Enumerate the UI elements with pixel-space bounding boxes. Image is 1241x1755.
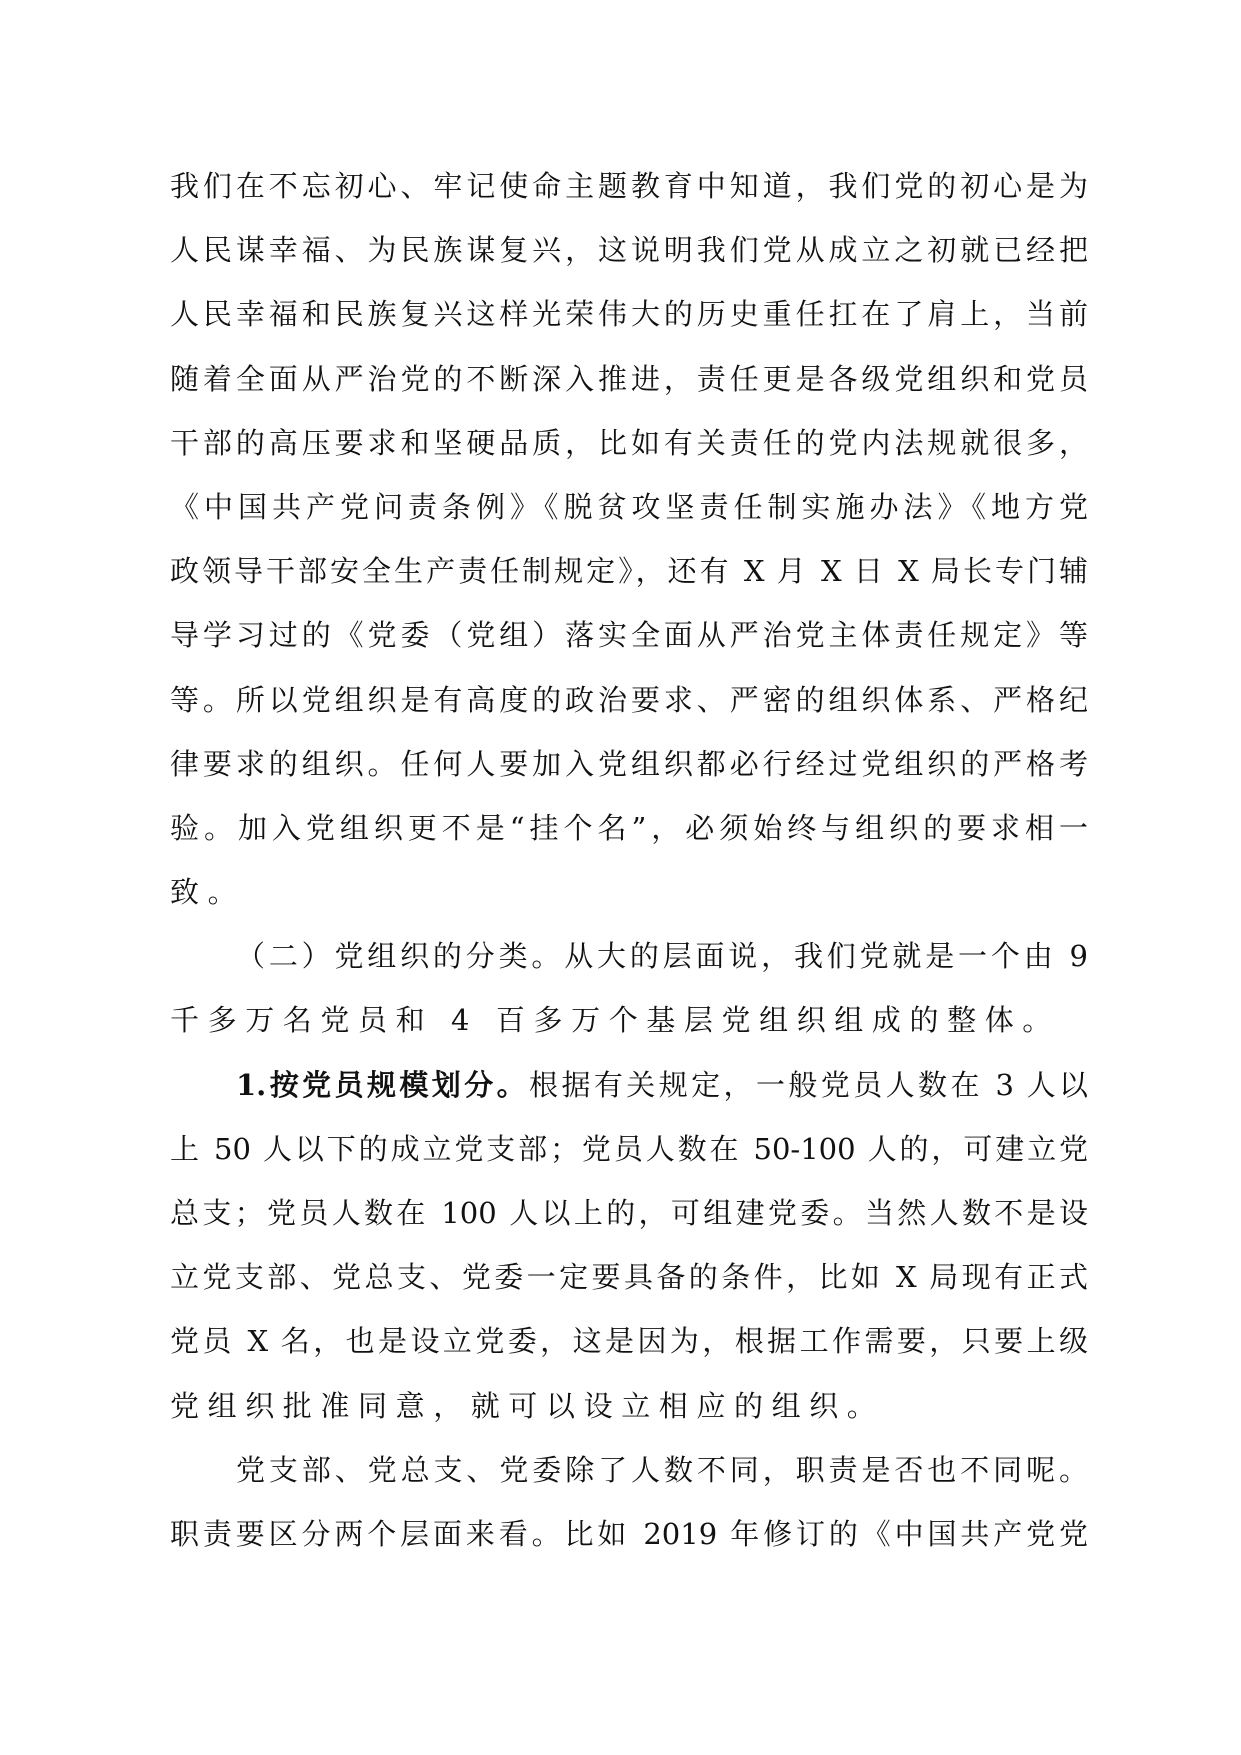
text-line: 党支部、党总支、党委除了人数不同，职责是否也不同呢。 xyxy=(170,1438,1088,1502)
text-line: 党组织批准同意，就可以设立相应的组织。 xyxy=(170,1374,1088,1438)
text-line: 党员 X 名，也是设立党委，这是因为，根据工作需要，只要上级 xyxy=(170,1309,1088,1373)
text-line: 《中国共产党问责条例》《脱贫攻坚责任制实施办法》《地方党 xyxy=(170,475,1088,539)
text-line: 职责要区分两个层面来看。比如 2019 年修订的《中国共产党党 xyxy=(170,1502,1088,1566)
text-line: 律要求的组织。任何人要加入党组织都必行经过党组织的严格考 xyxy=(170,732,1088,796)
section-heading-line: （二）党组织的分类。从大的层面说，我们党就是一个由 9 xyxy=(170,924,1088,988)
text-line: 人民谋幸福、为民族谋复兴，这说明我们党从成立之初就已经把 xyxy=(170,218,1088,282)
paragraph-1: 我们在不忘初心、牢记使命主题教育中知道，我们党的初心是为 人民谋幸福、为民族谋复… xyxy=(170,154,1088,924)
paragraph-2-section-classification: （二）党组织的分类。从大的层面说，我们党就是一个由 9 千多万名党员和 4 百多… xyxy=(170,924,1088,1052)
text-line: 干部的高压要求和坚硬品质，比如有关责任的党内法规就很多， xyxy=(170,411,1088,475)
text-line: 千多万名党员和 4 百多万个基层党组织组成的整体。 xyxy=(170,988,1088,1052)
subsection-first-line: 1.按党员规模划分。根据有关规定，一般党员人数在 3 人以 xyxy=(170,1053,1088,1117)
text-line: 导学习过的《党委（党组）落实全面从严治党主体责任规定》等 xyxy=(170,603,1088,667)
text-line: 人民幸福和民族复兴这样光荣伟大的历史重任扛在了肩上，当前 xyxy=(170,282,1088,346)
document-page: 我们在不忘初心、牢记使命主题教育中知道，我们党的初心是为 人民谋幸福、为民族谋复… xyxy=(0,0,1241,1755)
text-line: 上 50 人以下的成立党支部；党员人数在 50-100 人的，可建立党 xyxy=(170,1117,1088,1181)
paragraph-4: 党支部、党总支、党委除了人数不同，职责是否也不同呢。 职责要区分两个层面来看。比… xyxy=(170,1438,1088,1566)
document-body: 我们在不忘初心、牢记使命主题教育中知道，我们党的初心是为 人民谋幸福、为民族谋复… xyxy=(170,154,1088,1566)
text-line: 致。 xyxy=(170,860,1088,924)
text-line: 总支；党员人数在 100 人以上的，可组建党委。当然人数不是设 xyxy=(170,1181,1088,1245)
text-line: 政领导干部安全生产责任制规定》，还有 X 月 X 日 X 局长专门辅 xyxy=(170,539,1088,603)
text-line: 等。所以党组织是有高度的政治要求、严密的组织体系、严格纪 xyxy=(170,668,1088,732)
text-line: 立党支部、党总支、党委一定要具备的条件，比如 X 局现有正式 xyxy=(170,1245,1088,1309)
text-line: 随着全面从严治党的不断深入推进，责任更是各级党组织和党员 xyxy=(170,347,1088,411)
subsection-heading: 1.按党员规模划分。 xyxy=(236,1068,529,1102)
subsection-text: 根据有关规定，一般党员人数在 3 人以 xyxy=(529,1068,1088,1102)
paragraph-3-by-member-scale: 1.按党员规模划分。根据有关规定，一般党员人数在 3 人以 上 50 人以下的成… xyxy=(170,1053,1088,1438)
text-line: 我们在不忘初心、牢记使命主题教育中知道，我们党的初心是为 xyxy=(170,154,1088,218)
text-line: 验。加入党组织更不是“挂个名”，必须始终与组织的要求相一 xyxy=(170,796,1088,860)
